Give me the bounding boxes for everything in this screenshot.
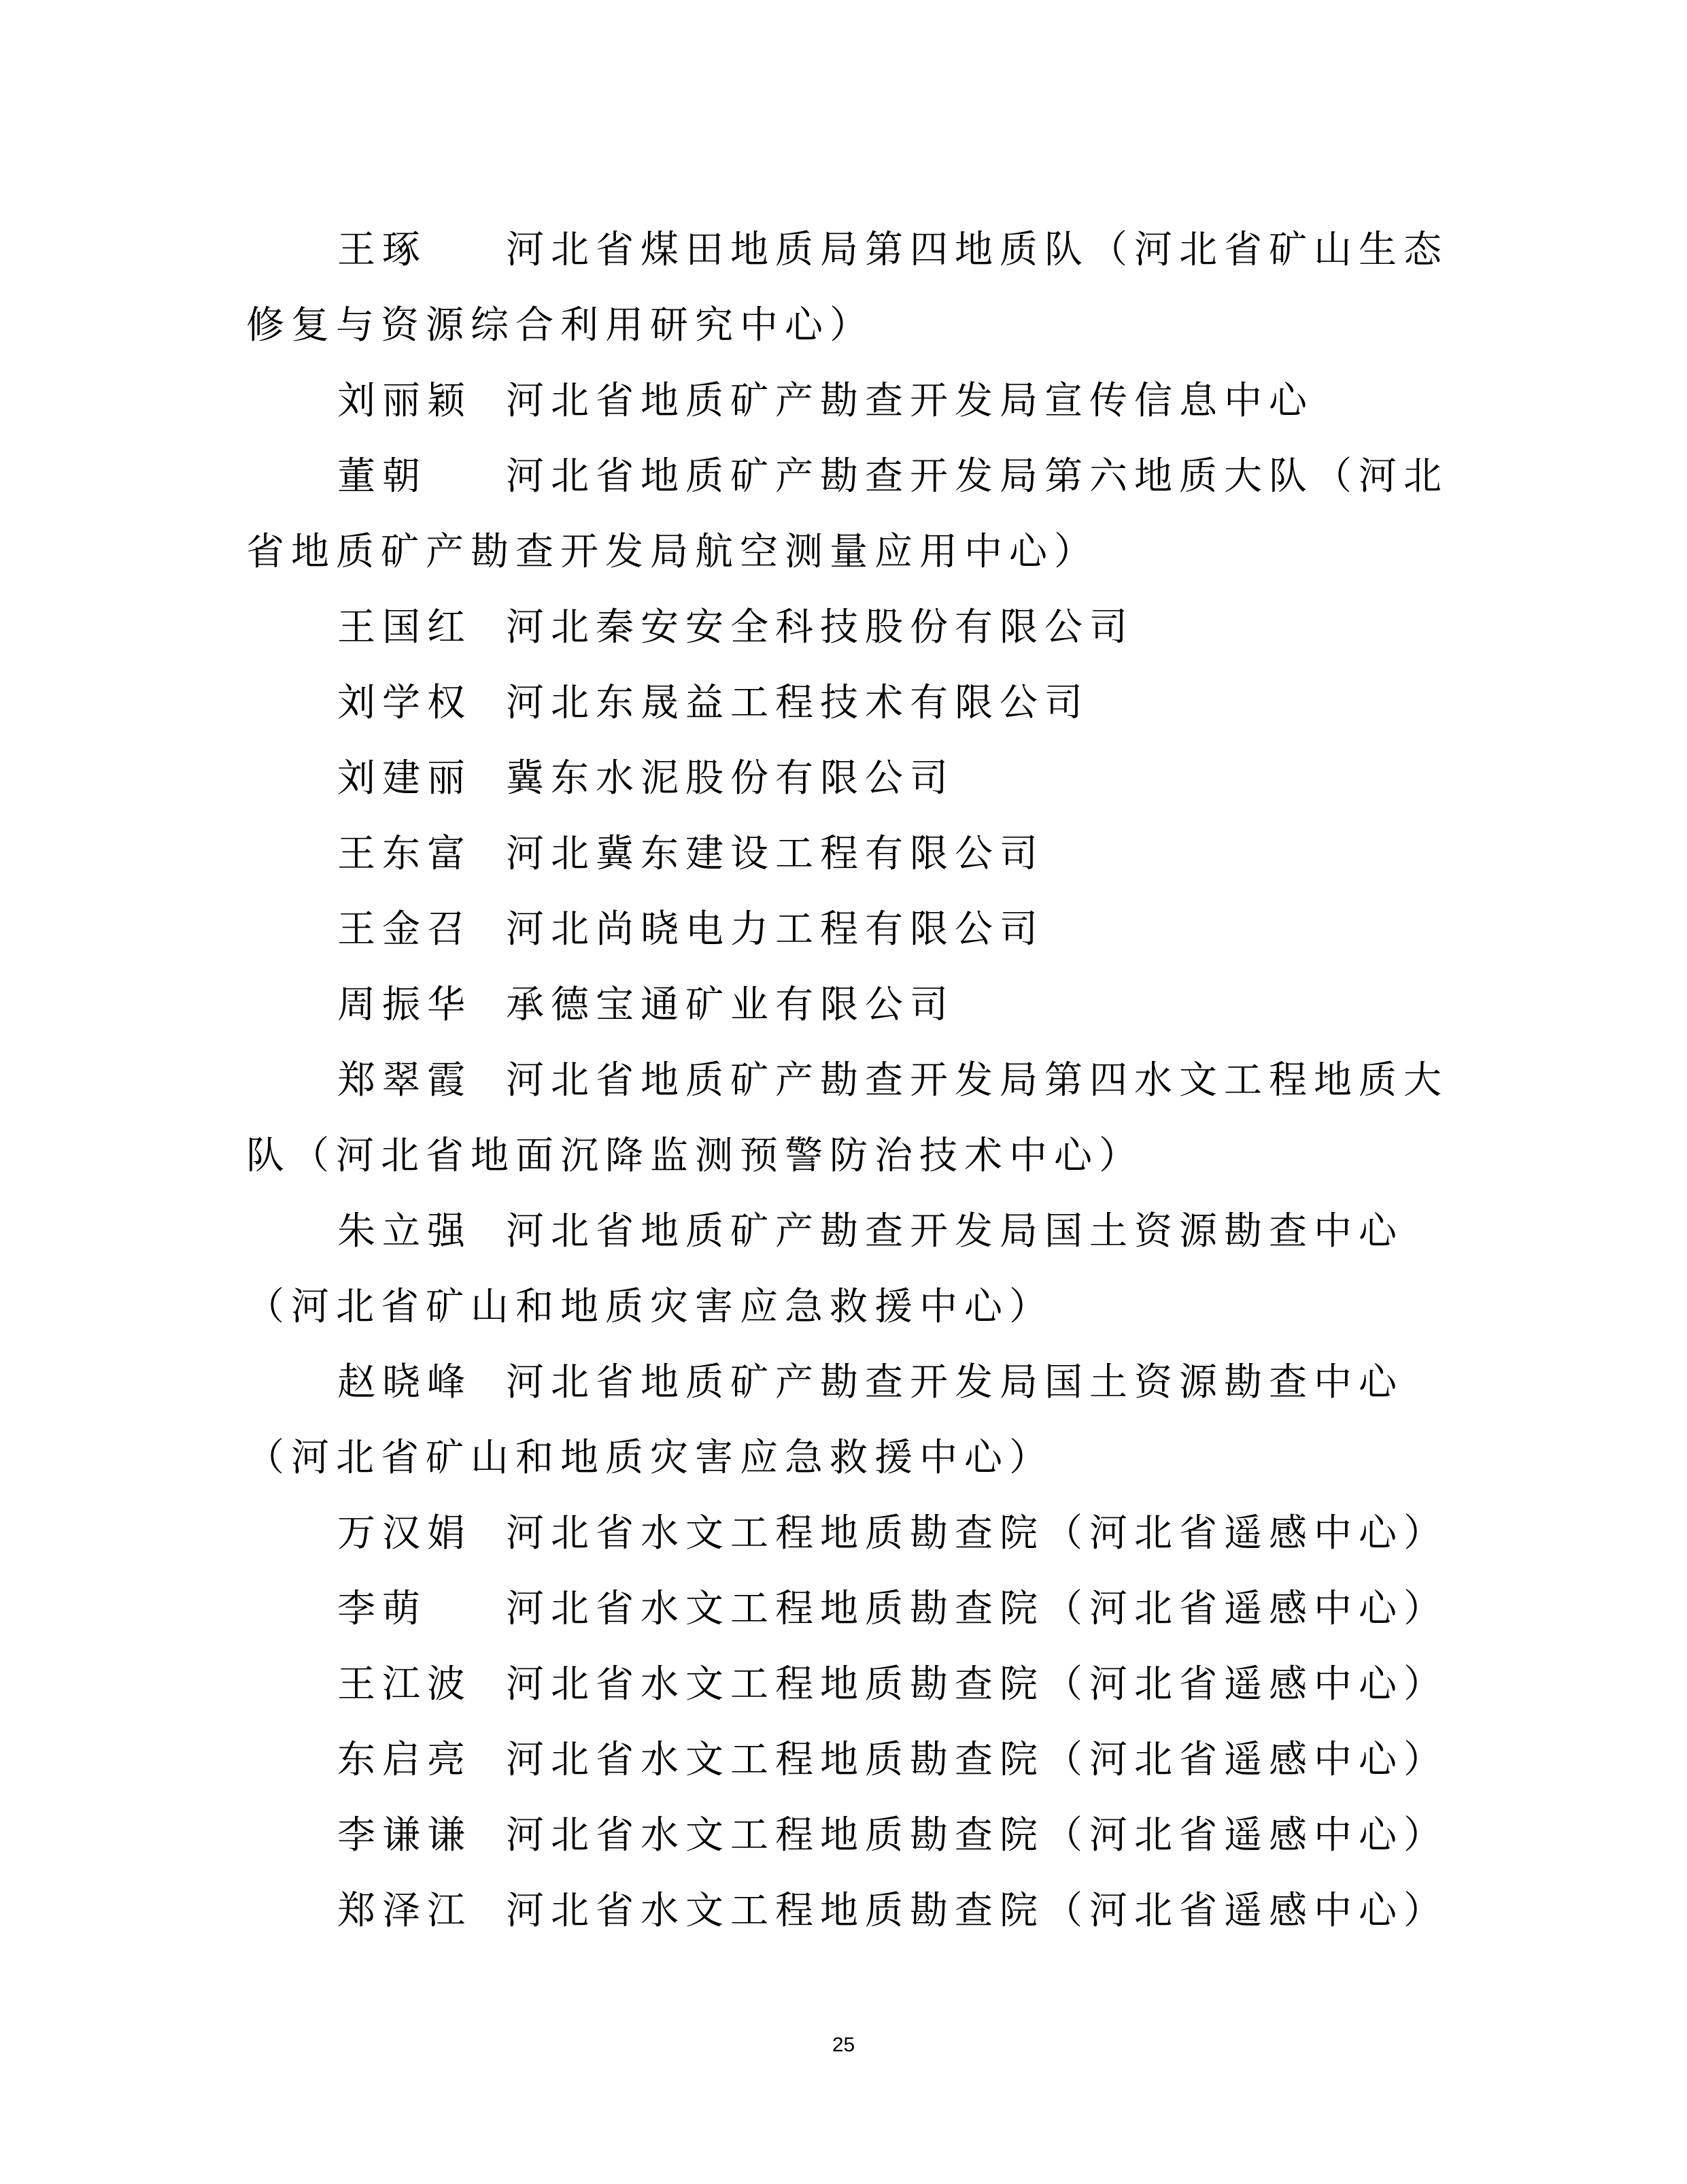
list-item: 刘学权河北东晟益工程技术有限公司 [337, 676, 1089, 730]
person-name: 刘学权 [337, 676, 506, 730]
person-name: 郑翠霞 [337, 1054, 506, 1108]
person-name: 郑泽江 [337, 1884, 506, 1938]
organization: 河北东晟益工程技术有限公司 [506, 681, 1089, 725]
person-name: 东启亮 [337, 1733, 506, 1787]
organization: 河北尚晓电力工程有限公司 [506, 907, 1044, 952]
list-item: 万汉娟河北省水文工程地质勘查院（河北省遥感中心） [337, 1507, 1448, 1561]
person-name: 赵晓峰 [337, 1356, 506, 1410]
list-item: 李谦谦河北省水文工程地质勘查院（河北省遥感中心） [337, 1809, 1448, 1863]
list-item: 郑翠霞河北省地质矿产勘查开发局第四水文工程地质大 [337, 1054, 1448, 1108]
list-item: 王金召河北尚晓电力工程有限公司 [337, 903, 1044, 957]
person-name: 王江波 [337, 1658, 506, 1712]
person-name: 周振华 [337, 978, 506, 1032]
person-name: 万汉娟 [337, 1507, 506, 1561]
list-item: 董朝河北省地质矿产勘查开发局第六地质大队（河北 [337, 450, 1448, 504]
person-name: 王国红 [337, 601, 506, 655]
list-item: 周振华承德宝通矿业有限公司 [337, 978, 955, 1032]
list-item: 东启亮河北省水文工程地质勘查院（河北省遥感中心） [337, 1733, 1448, 1787]
organization: 河北秦安安全科技股份有限公司 [506, 605, 1134, 650]
page-number: 25 [0, 2034, 1687, 2057]
organization-continuation: 队（河北省地面沉降监测预警防治技术中心） [246, 1129, 1144, 1183]
person-name: 王琢 [337, 223, 506, 278]
list-item: 王东富河北冀东建设工程有限公司 [337, 827, 1044, 881]
organization-continuation: （河北省矿山和地质灾害应急救援中心） [246, 1431, 1054, 1485]
organization: 河北省煤田地质局第四地质队（河北省矿山生态 [506, 228, 1448, 272]
organization: 河北省地质矿产勘查开发局第六地质大队（河北 [506, 454, 1448, 499]
list-item: 王国红河北秦安安全科技股份有限公司 [337, 601, 1134, 655]
person-name: 刘建丽 [337, 752, 506, 806]
document-page: 王琢河北省煤田地质局第四地质队（河北省矿山生态 修复与资源综合利用研究中心） 刘… [0, 0, 1687, 2184]
organization-continuation: 修复与资源综合利用研究中心） [246, 299, 874, 353]
organization: 河北省水文工程地质勘查院（河北省遥感中心） [506, 1511, 1448, 1556]
person-name: 李萌 [337, 1582, 506, 1636]
person-name: 朱立强 [337, 1205, 506, 1259]
organization: 河北省地质矿产勘查开发局宣传信息中心 [506, 379, 1314, 423]
organization: 河北省地质矿产勘查开发局第四水文工程地质大 [506, 1058, 1448, 1103]
organization: 河北省水文工程地质勘查院（河北省遥感中心） [506, 1587, 1448, 1631]
organization: 承德宝通矿业有限公司 [506, 983, 955, 1027]
person-name: 王东富 [337, 827, 506, 881]
organization: 河北冀东建设工程有限公司 [506, 832, 1044, 876]
organization: 河北省地质矿产勘查开发局国土资源勘查中心 [506, 1360, 1403, 1405]
organization: 河北省水文工程地质勘查院（河北省遥感中心） [506, 1738, 1448, 1782]
person-name: 刘丽颖 [337, 374, 506, 429]
organization: 河北省水文工程地质勘查院（河北省遥感中心） [506, 1662, 1448, 1707]
organization-continuation: 省地质矿产勘查开发局航空测量应用中心） [246, 525, 1099, 579]
organization: 河北省水文工程地质勘查院（河北省遥感中心） [506, 1889, 1448, 1933]
list-item: 郑泽江河北省水文工程地质勘查院（河北省遥感中心） [337, 1884, 1448, 1938]
organization-continuation: （河北省矿山和地质灾害应急救援中心） [246, 1280, 1054, 1334]
person-name: 王金召 [337, 903, 506, 957]
list-item: 朱立强河北省地质矿产勘查开发局国土资源勘查中心 [337, 1205, 1403, 1259]
list-item: 赵晓峰河北省地质矿产勘查开发局国土资源勘查中心 [337, 1356, 1403, 1410]
person-name: 董朝 [337, 450, 506, 504]
organization: 河北省水文工程地质勘查院（河北省遥感中心） [506, 1813, 1448, 1858]
list-item: 刘建丽冀东水泥股份有限公司 [337, 752, 955, 806]
list-item: 刘丽颖河北省地质矿产勘查开发局宣传信息中心 [337, 374, 1314, 429]
list-item: 王江波河北省水文工程地质勘查院（河北省遥感中心） [337, 1658, 1448, 1712]
list-item: 王琢河北省煤田地质局第四地质队（河北省矿山生态 [337, 223, 1448, 278]
organization: 河北省地质矿产勘查开发局国土资源勘查中心 [506, 1209, 1403, 1254]
organization: 冀东水泥股份有限公司 [506, 756, 955, 801]
list-item: 李萌河北省水文工程地质勘查院（河北省遥感中心） [337, 1582, 1448, 1636]
person-name: 李谦谦 [337, 1809, 506, 1863]
